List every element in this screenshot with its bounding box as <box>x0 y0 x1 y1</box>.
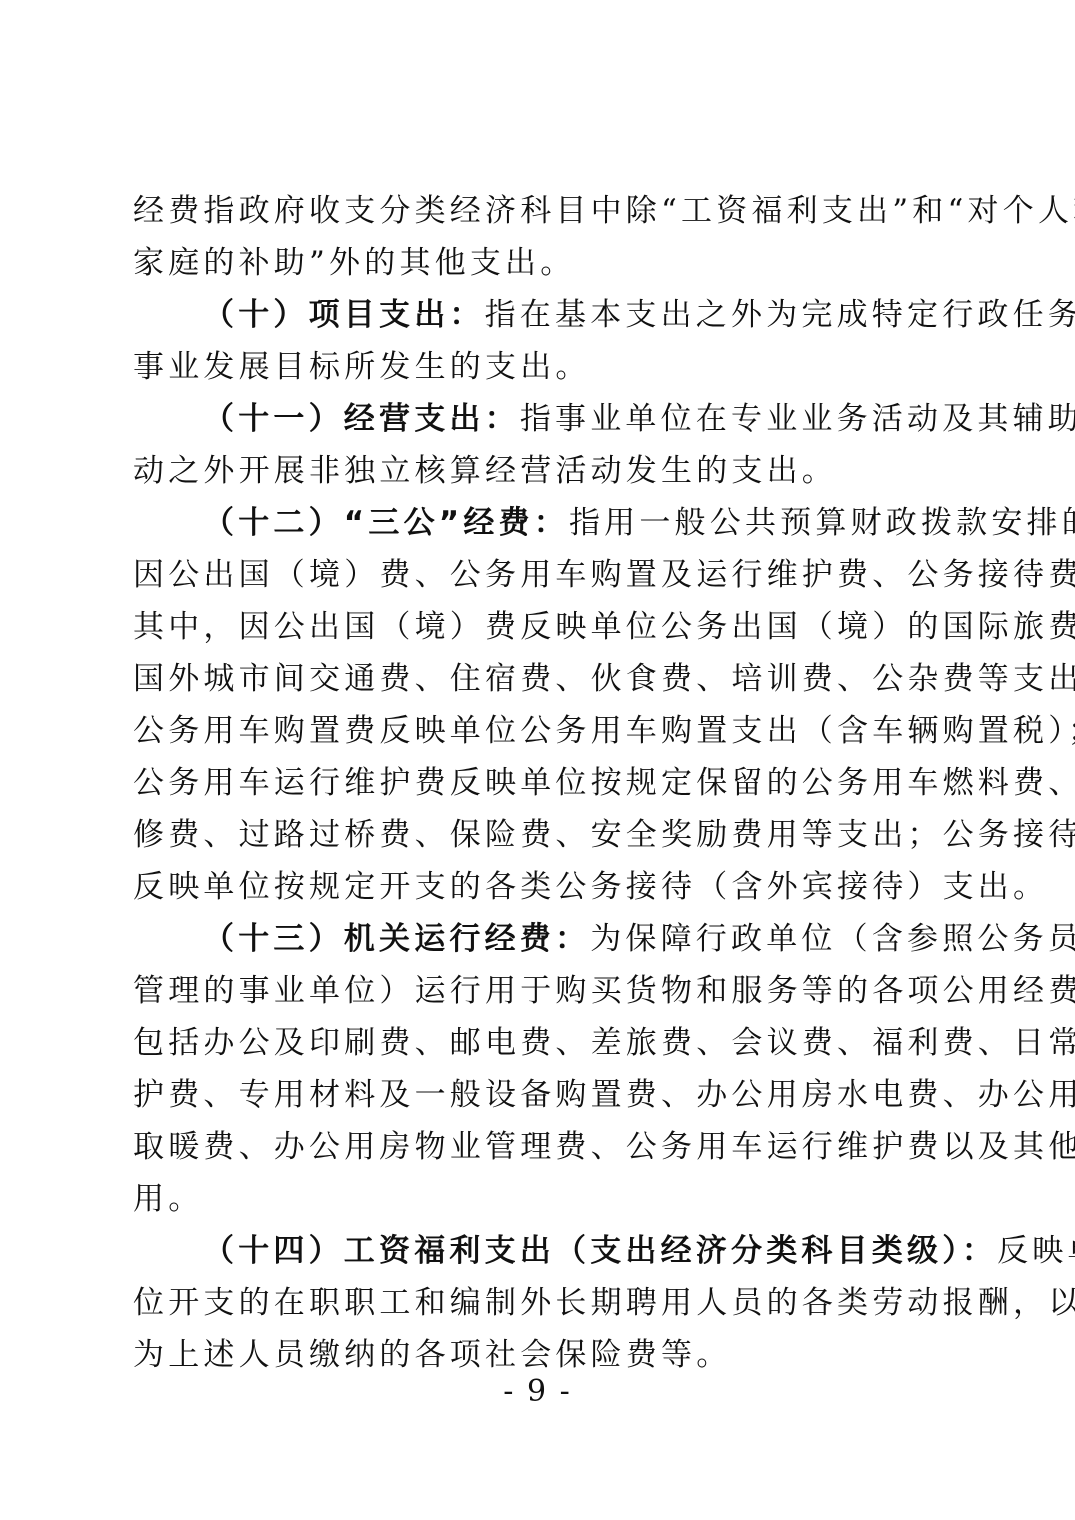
paragraph-text: 反映单 <box>997 1233 1075 1269</box>
paragraph-line: 护费、专用材料及一般设备购置费、办公用房水电费、办公用房 <box>133 1073 943 1125</box>
paragraph-line: 管理的事业单位）运行用于购买货物和服务等的各项公用经费， <box>133 969 943 1021</box>
paragraph-line: 其中，因公出国（境）费反映单位公务出国（境）的国际旅费、 <box>133 605 943 657</box>
paragraph-text: 为保障行政单位（含参照公务员法 <box>590 921 1075 957</box>
paragraph-line: 家庭的补助”外的其他支出。 <box>133 241 943 293</box>
paragraph-line: 位开支的在职职工和编制外长期聘用人员的各类劳动报酬，以及 <box>133 1281 943 1333</box>
paragraph-line: 用。 <box>133 1177 943 1229</box>
page-number: - 9 - <box>0 1374 1075 1409</box>
paragraph-text: 指事业单位在专业业务活动及其辅助活 <box>520 401 1075 437</box>
section-heading-12: （十二）“三公”经费： <box>203 505 569 541</box>
paragraph-line: 公务用车运行维护费反映单位按规定保留的公务用车燃料费、维 <box>133 761 943 813</box>
paragraph-line: 包括办公及印刷费、邮电费、差旅费、会议费、福利费、日常维 <box>133 1021 943 1073</box>
paragraph-text: 指用一般公共预算财政拨款安排的 <box>569 505 1075 541</box>
paragraph-line: 事业发展目标所发生的支出。 <box>133 345 943 397</box>
paragraph-line: 取暖费、办公用房物业管理费、公务用车运行维护费以及其他费 <box>133 1125 943 1177</box>
paragraph-line: 经费指政府收支分类经济科目中除“工资福利支出”和“对个人和 <box>133 189 943 241</box>
paragraph-line: （十四）工资福利支出（支出经济分类科目类级）：反映单 <box>133 1229 943 1281</box>
section-heading-13: （十三）机关运行经费： <box>203 921 590 957</box>
paragraph-line: 动之外开展非独立核算经营活动发生的支出。 <box>133 449 943 501</box>
section-heading-14: （十四）工资福利支出（支出经济分类科目类级）： <box>203 1233 997 1269</box>
document-page: 经费指政府收支分类经济科目中除“工资福利支出”和“对个人和 家庭的补助”外的其他… <box>0 0 1075 1520</box>
paragraph-line: （十二）“三公”经费：指用一般公共预算财政拨款安排的 <box>133 501 943 553</box>
paragraph-line: 修费、过路过桥费、保险费、安全奖励费用等支出；公务接待费 <box>133 813 943 865</box>
paragraph-line: 公务用车购置费反映单位公务用车购置支出（含车辆购置税）； <box>133 709 943 761</box>
paragraph-line: 国外城市间交通费、住宿费、伙食费、培训费、公杂费等支出； <box>133 657 943 709</box>
paragraph-line: （十三）机关运行经费：为保障行政单位（含参照公务员法 <box>133 917 943 969</box>
section-heading-10: （十）项目支出： <box>203 297 485 333</box>
paragraph-text: 指在基本支出之外为完成特定行政任务和 <box>485 297 1075 333</box>
paragraph-line: （十）项目支出：指在基本支出之外为完成特定行政任务和 <box>133 293 943 345</box>
paragraph-line: （十一）经营支出：指事业单位在专业业务活动及其辅助活 <box>133 397 943 449</box>
paragraph-line: 反映单位按规定开支的各类公务接待（含外宾接待）支出。 <box>133 865 943 917</box>
body-text: 经费指政府收支分类经济科目中除“工资福利支出”和“对个人和 家庭的补助”外的其他… <box>133 189 943 1385</box>
section-heading-11: （十一）经营支出： <box>203 401 520 437</box>
paragraph-line: 因公出国（境）费、公务用车购置及运行维护费、公务接待费。 <box>133 553 943 605</box>
